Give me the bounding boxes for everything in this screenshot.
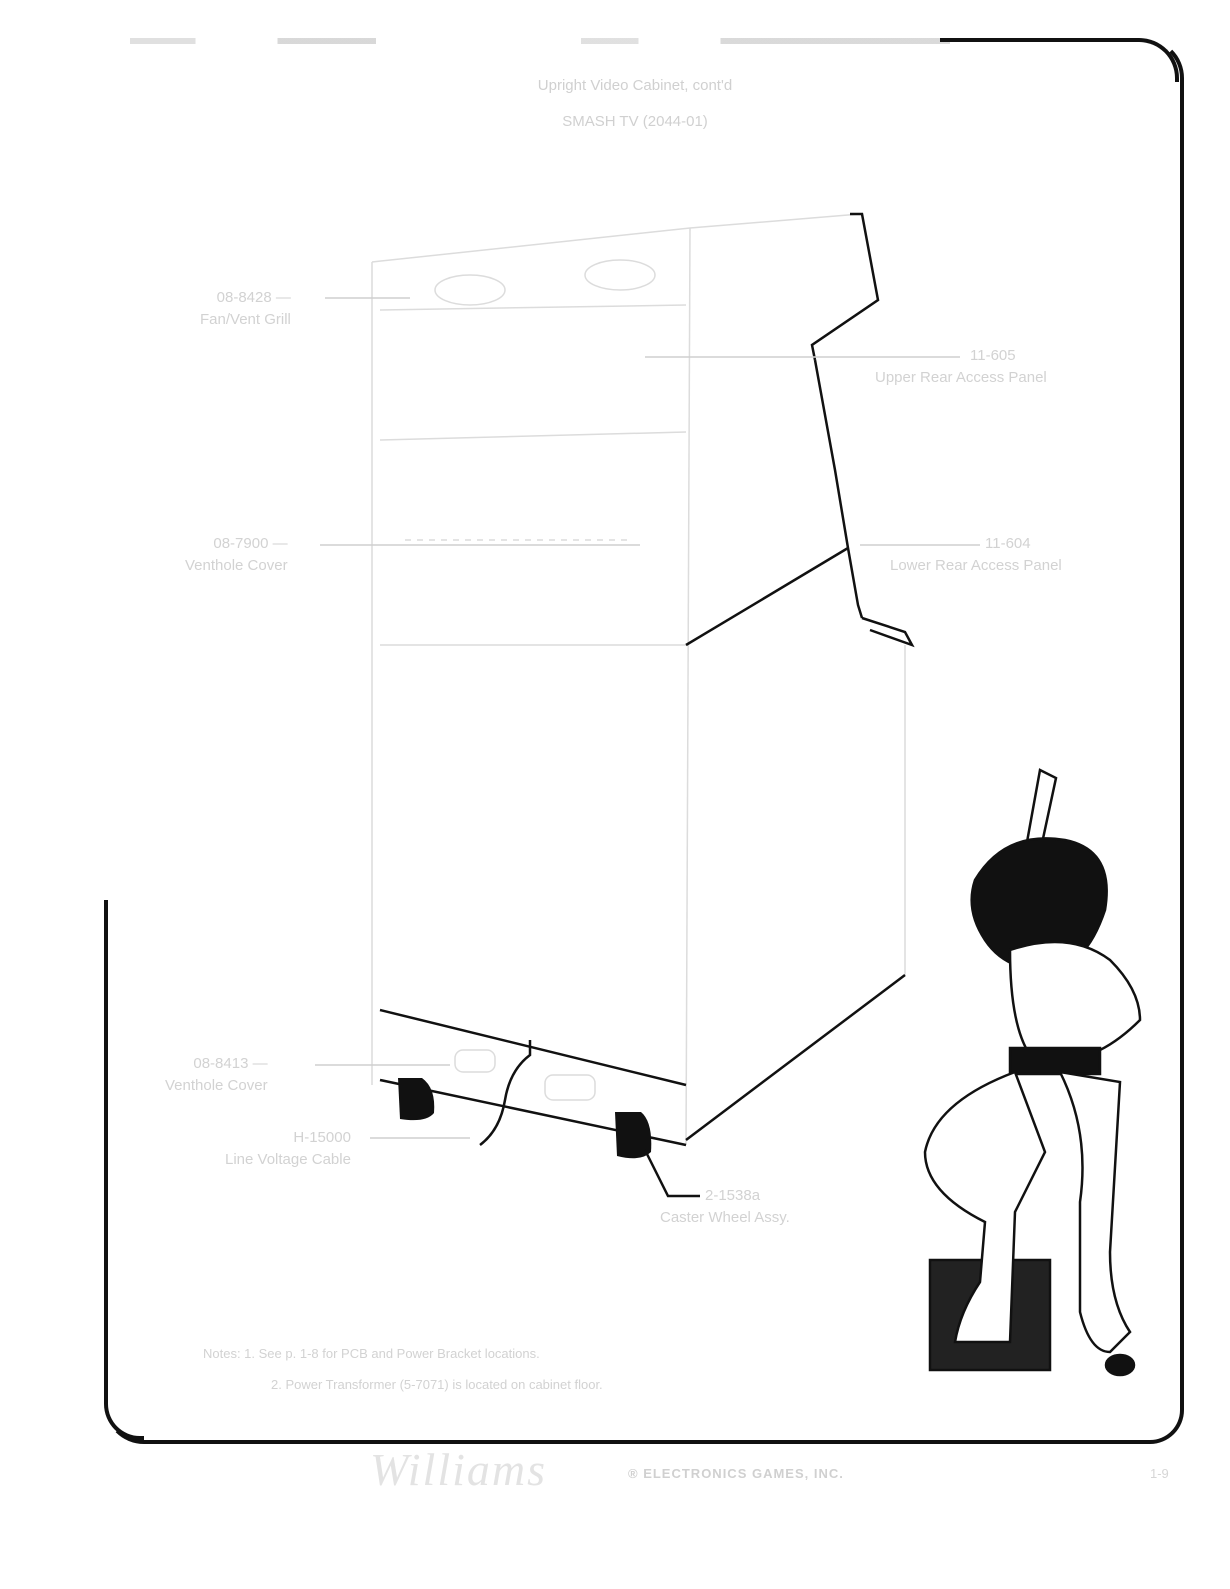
callout-venthole-cover-lower: 08-8413 — Venthole Cover xyxy=(165,1053,268,1097)
callout-upper-rear-access-panel: 11-605 Upper Rear Access Panel xyxy=(875,345,1047,389)
callout-venthole-cover-upper: 08-7900 — Venthole Cover xyxy=(185,533,288,577)
page-number: 1-9 xyxy=(1150,1466,1169,1481)
part-name: Upper Rear Access Panel xyxy=(875,367,1047,389)
cabinet-diagram xyxy=(0,0,1230,1589)
cabinet-outline xyxy=(372,214,905,1145)
note-1: Notes: 1. See p. 1-8 for PCB and Power B… xyxy=(203,1338,603,1369)
part-number: 08-8413 — xyxy=(165,1053,268,1075)
page-footer: Williams ® ELECTRONICS GAMES, INC. 1-9 xyxy=(0,1438,1230,1498)
cabinet-profile xyxy=(380,214,912,1145)
williams-logo: Williams xyxy=(370,1443,547,1496)
company-name: ® ELECTRONICS GAMES, INC. xyxy=(628,1466,844,1481)
part-number: 11-605 xyxy=(875,345,1047,367)
part-number: H-15000 xyxy=(225,1127,351,1149)
part-number: 11-604 xyxy=(890,533,1062,555)
part-number: 08-8428 — xyxy=(200,287,291,309)
part-number: 2-1538a xyxy=(660,1185,790,1207)
callout-fan-vent-grill: 08-8428 — Fan/Vent Grill xyxy=(200,287,291,331)
caster-wheels xyxy=(398,1078,651,1158)
part-name: Venthole Cover xyxy=(165,1075,268,1097)
callout-leaders xyxy=(315,298,980,1138)
part-name: Venthole Cover xyxy=(185,555,288,577)
callout-line-voltage-cable: H-15000 Line Voltage Cable xyxy=(225,1127,351,1171)
note-2: 2. Power Transformer (5-7071) is located… xyxy=(203,1369,603,1400)
part-name: Lower Rear Access Panel xyxy=(890,555,1062,577)
hero-character-illustration xyxy=(925,770,1140,1375)
callout-lower-rear-access-panel: 11-604 Lower Rear Access Panel xyxy=(890,533,1062,577)
callout-caster-wheel: 2-1538a Caster Wheel Assy. xyxy=(660,1185,790,1229)
part-name: Line Voltage Cable xyxy=(225,1149,351,1171)
part-name: Caster Wheel Assy. xyxy=(660,1207,790,1229)
part-name: Fan/Vent Grill xyxy=(200,309,291,331)
notes-section: Notes: 1. See p. 1-8 for PCB and Power B… xyxy=(203,1338,603,1400)
part-number: 08-7900 — xyxy=(185,533,288,555)
